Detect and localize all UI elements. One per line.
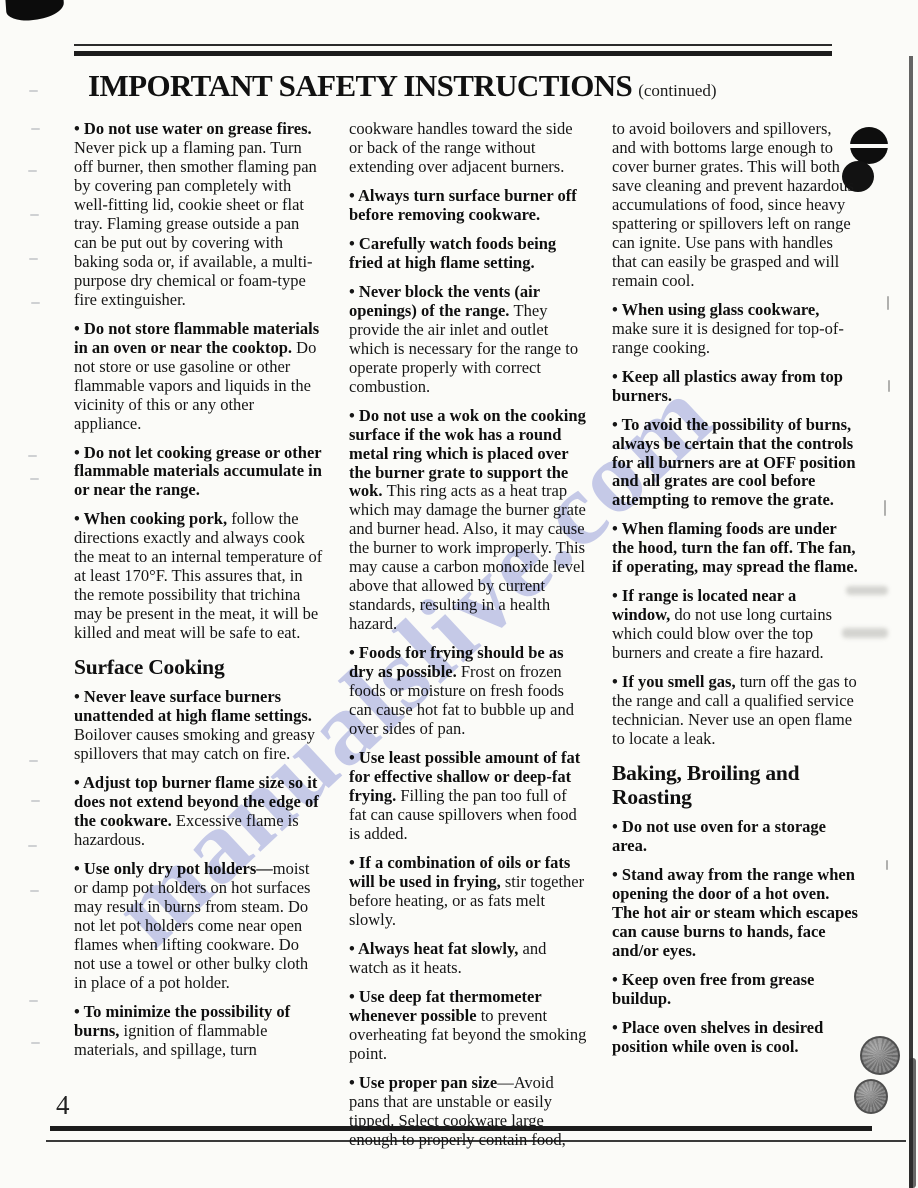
bullet-icon: • (349, 282, 359, 301)
safety-bullet-item: • Use proper pan size—Avoid pans that ar… (349, 1074, 587, 1150)
scan-tick (29, 90, 38, 92)
scan-mark (887, 296, 889, 310)
text-columns: • Do not use water on grease fires. Neve… (74, 120, 858, 1159)
scan-tick (28, 845, 37, 847)
bullet-icon: • (74, 443, 84, 462)
top-rule-thick (74, 51, 832, 56)
safety-bullet-item: • Foods for frying should be as dry as p… (349, 644, 587, 739)
page-title-text: IMPORTANT SAFETY INSTRUCTIONS (88, 68, 632, 103)
bullet-icon: • (349, 853, 359, 872)
manual-page: IMPORTANT SAFETY INSTRUCTIONS(continued)… (0, 0, 918, 1188)
safety-bullet-item: • Use least possible amount of fat for e… (349, 749, 587, 844)
safety-bullet-item: • Do not store flammable materials in an… (74, 320, 324, 434)
top-rule-thin (74, 44, 832, 46)
bullet-icon: • (349, 643, 359, 662)
bullet-icon: • (349, 1073, 359, 1092)
safety-bullet-item: • Always turn surface burner off before … (349, 187, 587, 225)
safety-bullet-item: • Do not use oven for a storage area. (612, 818, 858, 856)
bullet-icon: • (349, 939, 358, 958)
bullet-icon: • (612, 519, 622, 538)
safety-bullet-item: • If you smell gas, turn off the gas to … (612, 673, 858, 749)
safety-bullet-item: • When flaming foods are under the hood,… (612, 520, 858, 577)
safety-bullet-item: • Use deep fat thermometer whenever poss… (349, 988, 587, 1064)
safety-bullet-item: • Never block the vents (air openings) o… (349, 283, 587, 397)
safety-bullet-item: • Never leave surface burners unattended… (74, 688, 324, 764)
safety-bullet-item: • To avoid the possibility of burns, alw… (612, 416, 858, 511)
safety-bullet-item: • Do not use water on grease fires. Neve… (74, 120, 324, 310)
safety-bullet-item: • When using glass cookware, make sure i… (612, 301, 858, 358)
bullet-icon: • (349, 987, 359, 1006)
scan-spot-large-icon (860, 1036, 900, 1075)
safety-bullet-item: • Do not let cooking grease or other fla… (74, 444, 324, 501)
bullet-icon: • (612, 367, 622, 386)
bullet-icon: • (74, 1002, 84, 1021)
bullet-icon: • (349, 234, 359, 253)
continued-paragraph: cookware handles toward the side or back… (349, 120, 587, 177)
bullet-icon: • (349, 186, 358, 205)
bullet-icon: • (74, 319, 84, 338)
safety-bullet-item: • To minimize the possibility of burns, … (74, 1003, 324, 1060)
bullet-icon: • (74, 687, 84, 706)
section-heading: Baking, Broiling and Roasting (612, 761, 858, 809)
scan-mark (888, 380, 890, 392)
scan-tick (31, 302, 40, 304)
bullet-icon: • (612, 415, 622, 434)
safety-bullet-item: • Keep all plastics away from top burner… (612, 368, 858, 406)
safety-bullet-item: • If a combination of oils or fats will … (349, 854, 587, 930)
bullet-icon: • (349, 406, 359, 425)
scan-tick (30, 890, 39, 892)
scan-mark (886, 860, 888, 870)
scan-tick (31, 1042, 40, 1044)
safety-bullet-item: • Do not use a wok on the cooking surfac… (349, 407, 587, 635)
safety-bullet-item: • Adjust top burner flame size so it doe… (74, 774, 324, 850)
scan-tick (28, 170, 37, 172)
scan-binding-edge-bottom (909, 1058, 916, 1188)
scan-binding-edge (909, 56, 913, 1188)
bullet-icon: • (349, 748, 359, 767)
scan-mark (884, 500, 886, 516)
scan-tick (30, 214, 39, 216)
column-middle: cookware handles toward the side or back… (349, 120, 587, 1159)
scan-tick (31, 128, 40, 130)
safety-bullet-item: • If range is located near a window, do … (612, 587, 858, 663)
safety-bullet-item: • Carefully watch foods being fried at h… (349, 235, 587, 273)
scan-tick (31, 800, 40, 802)
scan-corner-mark (5, 0, 65, 22)
scan-tick (29, 760, 38, 762)
page-title: IMPORTANT SAFETY INSTRUCTIONS(continued) (88, 68, 848, 104)
safety-bullet-item: • Place oven shelves in desired position… (612, 1019, 858, 1057)
scan-tick (28, 455, 37, 457)
scan-tick (30, 478, 39, 480)
bullet-icon: • (612, 970, 622, 989)
column-left: • Do not use water on grease fires. Neve… (74, 120, 324, 1159)
bullet-icon: • (612, 672, 622, 691)
continued-paragraph: to avoid boilovers and spillovers, and w… (612, 120, 858, 291)
scan-spot-small-icon (854, 1079, 888, 1114)
safety-bullet-item: • Use only dry pot holders—moist or damp… (74, 860, 324, 993)
section-heading: Surface Cooking (74, 655, 324, 679)
bullet-icon: • (74, 773, 83, 792)
scan-tick (29, 1000, 38, 1002)
bullet-icon: • (612, 865, 622, 884)
page-title-continued: (continued) (638, 81, 716, 100)
bullet-icon: • (612, 817, 622, 836)
bullet-icon: • (612, 1018, 622, 1037)
safety-bullet-item: • Always heat fat slowly, and watch as i… (349, 940, 587, 978)
bullet-icon: • (74, 119, 84, 138)
safety-bullet-item: • Keep oven free from grease buildup. (612, 971, 858, 1009)
safety-bullet-item: • When cooking pork, follow the directio… (74, 510, 324, 643)
page-number: 4 (56, 1090, 70, 1121)
scan-tick (29, 258, 38, 260)
column-right: to avoid boilovers and spillovers, and w… (612, 120, 858, 1159)
bullet-icon: • (74, 509, 84, 528)
bullet-icon: • (74, 859, 84, 878)
safety-bullet-item: • Stand away from the range when opening… (612, 866, 858, 961)
bullet-icon: • (612, 300, 622, 319)
bullet-icon: • (612, 586, 622, 605)
